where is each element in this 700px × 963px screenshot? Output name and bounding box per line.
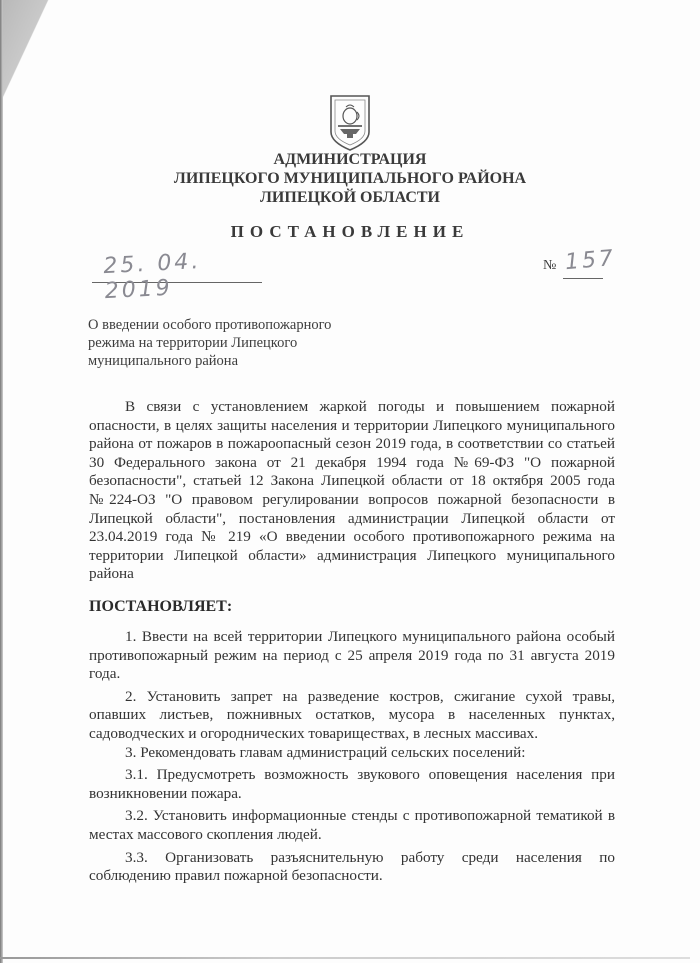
date-field: 25. 04. 2019 [92,248,262,283]
page-edge-left [0,0,3,963]
decree-item-3-1: 3.1. Предусмотреть возможность звукового… [89,766,615,803]
subject-line: О введении особого противопожарного [88,316,388,334]
scan-shadow [0,0,50,120]
decree-item-1: 1. Ввести на всей территории Липецкого м… [89,628,615,684]
document-number-field: № 157 [543,252,663,282]
document-type-title: ПОСТАНОВЛЕНИЕ [0,222,700,242]
decree-items: 1. Ввести на всей территории Липецкого м… [89,628,615,886]
org-line-3: ЛИПЕЦКОЙ ОБЛАСТИ [0,188,700,207]
decree-heading: ПОСТАНОВЛЯЕТ: [89,598,232,616]
org-line-1: АДМИНИСТРАЦИЯ [0,150,700,169]
decree-item-3: 3. Рекомендовать главам администраций се… [89,744,615,763]
subject-line: муниципального района [88,352,388,370]
decree-item-3-3: 3.3. Организовать разъяснительную работу… [89,849,615,886]
subject-line: режима на территории Липецкого [88,334,388,352]
issuer-header: АДМИНИСТРАЦИЯ ЛИПЕЦКОГО МУНИЦИПАЛЬНОГО Р… [0,150,700,207]
preamble-paragraph: В связи с установлением жаркой погоды и … [89,398,615,584]
decree-item-3-2: 3.2. Установить информационные стенды с … [89,807,615,844]
page-edge-bottom [0,957,690,959]
number-label: № [543,258,556,274]
org-line-2: ЛИПЕЦКОГО МУНИЦИПАЛЬНОГО РАЙОНА [0,169,700,188]
number-underline [563,278,603,279]
document-subject: О введении особого противопожарного режи… [88,316,388,370]
handwritten-number: 157 [564,246,617,275]
decree-item-2: 2. Установить запрет на разведение костр… [89,688,615,744]
handwritten-date: 25. 04. 2019 [103,246,263,304]
coat-of-arms-icon [325,92,375,152]
